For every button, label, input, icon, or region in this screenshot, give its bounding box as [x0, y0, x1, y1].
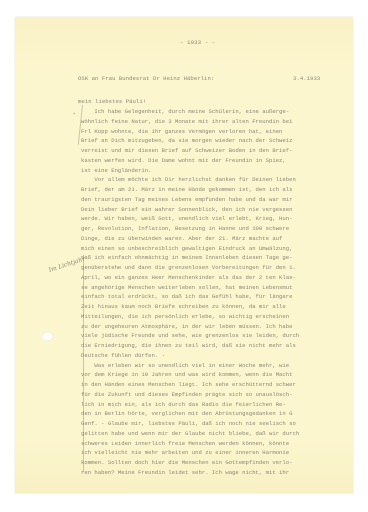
body-line: kasten werfen wird. Die Dame wohnt mit d… [81, 156, 361, 166]
body-line: Was erleben wir so unendlich viel in ein… [81, 361, 361, 371]
letter-date: 3.4.1933 [293, 75, 320, 82]
body-line: die Erniedrigung, die ihnen zu teil wird… [81, 341, 361, 351]
body-line: ich vielleicht nie mehr arbeiten und zu … [81, 448, 361, 458]
body-line: ger, Revolution, Inflation, Besetzung in… [81, 224, 361, 234]
punch-hole [42, 332, 53, 341]
body-line: mich einen so unbeschreiblich gewaltigen… [81, 244, 361, 254]
body-line: den traurigsten Tag meines Lebens empfun… [81, 195, 361, 205]
body-line: ist eine Engländerin. [81, 166, 361, 176]
body-line: viele jüdische Freunde und sehe, wie gre… [81, 331, 361, 341]
body-line: gelitten habe und wenn mir der Glaube ni… [81, 429, 361, 439]
letter-body: Ich habe Gelegenheit, durch meine Schüle… [81, 107, 361, 478]
body-line: vor dem Kriege in 10 Jahren und was wird… [81, 370, 361, 380]
body-line: werde. Wir haben, weiß Gott, unendlich v… [81, 214, 361, 224]
greeting: mein liebstes Päuli! [78, 98, 146, 105]
body-line: Brief, der am 21. März in meine Hände ge… [81, 185, 361, 195]
body-line: Mitteilungen, die ich persönlich erlebe,… [81, 312, 361, 322]
body-line: Vor allem möchte ich Dir herzlichst dank… [81, 175, 361, 185]
body-line: schweres Leiden innerlich freie Menschen… [81, 439, 361, 449]
body-line: Ich habe Gelegenheit, durch meine Schüle… [81, 107, 361, 117]
body-line: Genf. - Glaube mir, liebstes Päuli, daß … [81, 419, 361, 429]
body-line: Zeit hinaus kaum noch Briefe schreiben z… [81, 302, 361, 312]
body-line: genüberstehe und dann die grenzenlosen V… [81, 263, 361, 273]
body-line: den in Berlin hörte, verglichen mit den … [81, 409, 361, 419]
body-line: ren haben? Meine Freundin leidet sehr. I… [81, 468, 361, 478]
body-line: daß ich einfach ohnmächtig in meinem Inn… [81, 253, 361, 263]
margin-asterisk-icon: * [73, 113, 75, 118]
body-line: einfach total erdrückt, so daß ich das G… [81, 292, 361, 302]
body-line: se angehörige Menschen weiterleben solle… [81, 283, 361, 293]
body-line: verreist und mir diesen Brief auf Schwei… [81, 146, 361, 156]
body-line: kommen. Sollten doch hier die Menschen e… [81, 458, 361, 468]
body-line: Deutsche fühlen dürfen. - [81, 351, 361, 361]
letter-page: - 1933 - - OSK an Frau Bundesrat Dr Hein… [15, 17, 353, 493]
header-year: - 1933 - - [180, 39, 215, 46]
body-line: für die Zukunft und dieses Empfinden prä… [81, 390, 361, 400]
body-line: Dinge, die zu überwinden waren. Aber der… [81, 234, 361, 244]
body-line: in den Händen eines Menschen liegt. Ich … [81, 380, 361, 390]
body-line: April, wo ein ganzes Heer Menschenkinder… [81, 273, 361, 283]
body-line: lich in mich ein, als ich durch das Radi… [81, 400, 361, 410]
body-line: Dein lieber Brief ein wahrer Sonnenblick… [81, 205, 361, 215]
body-line: zu der ungeheuren Atmosphäre, in der wir… [81, 322, 361, 332]
addressee-line: OSK an Frau Bundesrat Dr Heinz Häberlin: [78, 75, 214, 82]
body-line: wöhnlich feine Natur, die 3 Monate mit i… [81, 117, 361, 127]
body-line: Brief an Dich mitzugeben, da sie morgen … [81, 136, 361, 146]
body-line: Frl Kopp wohnte, die ihr ganzes Vermögen… [81, 127, 361, 137]
